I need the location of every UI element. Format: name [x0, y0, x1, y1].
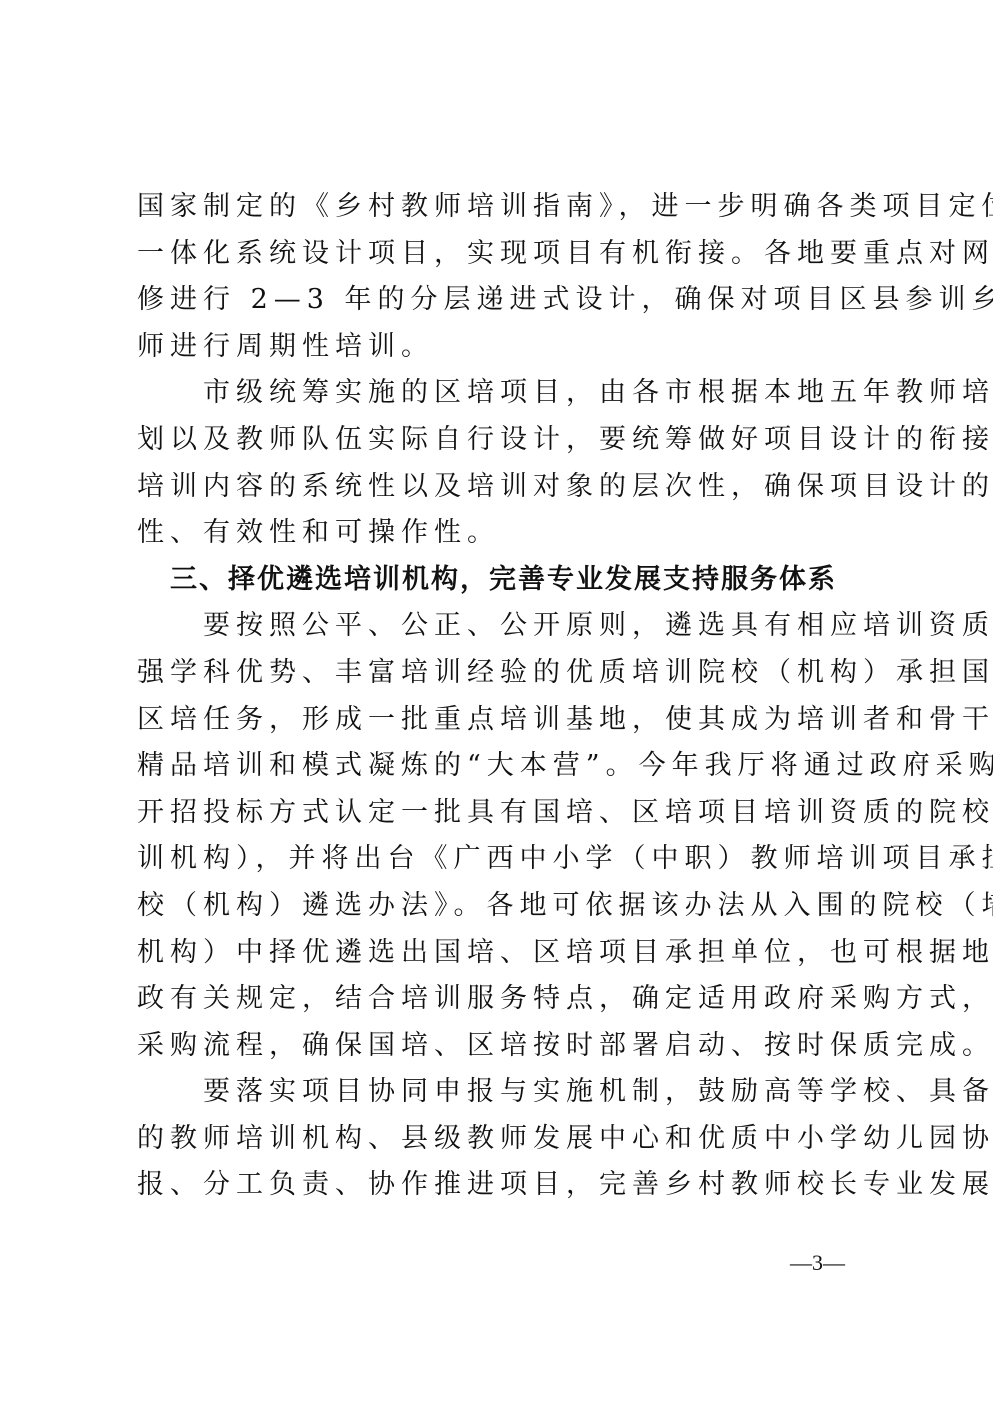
- text-line: 培训内容的系统性以及培训对象的层次性，确保项目设计的科学: [137, 464, 863, 511]
- document-body: 国家制定的《乡村教师培训指南》，进一步明确各类项目定位， 一体化系统设计项目，实…: [137, 184, 863, 1209]
- text-line: 一体化系统设计项目，实现项目有机衔接。各地要重点对网络研: [137, 231, 863, 278]
- text-line: 开招投标方式认定一批具有国培、区培项目培训资质的院校（培: [137, 790, 863, 837]
- text-line: 强学科优势、丰富培训经验的优质培训院校（机构）承担国培、: [137, 650, 863, 697]
- text-line: 校（机构）遴选办法》。各地可依据该办法从入围的院校（培训: [137, 883, 863, 930]
- paragraph-start: 市级统筹实施的区培项目，由各市根据本地五年教师培训规: [137, 370, 863, 417]
- text-line: 划以及教师队伍实际自行设计，要统筹做好项目设计的衔接性、: [137, 417, 863, 464]
- text-line: 师进行周期性培训。: [137, 324, 863, 371]
- text-line: 报、分工负责、协作推进项目，完善乡村教师校长专业发展支持: [137, 1162, 863, 1209]
- text-line: 机构）中择优遴选出国培、区培项目承担单位，也可根据地方财: [137, 930, 863, 977]
- text-line: 修进行 2—3 年的分层递进式设计，确保对项目区县参训乡村教: [137, 277, 863, 324]
- paragraph-start: 要按照公平、公正、公开原则，遴选具有相应培训资质、较: [137, 603, 863, 650]
- text-line: 精品培训和模式凝炼的“大本营”。今年我厅将通过政府采购公: [137, 743, 863, 790]
- text-line: 的教师培训机构、县级教师发展中心和优质中小学幼儿园协同申: [137, 1116, 863, 1163]
- text-line: 采购流程，确保国培、区培按时部署启动、按时保质完成。: [137, 1023, 863, 1070]
- paragraph-start: 要落实项目协同申报与实施机制，鼓励高等学校、具备资质: [137, 1069, 863, 1116]
- text-line: 性、有效性和可操作性。: [137, 510, 863, 557]
- text-line: 区培任务，形成一批重点培训基地，使其成为培训者和骨干教师: [137, 697, 863, 744]
- page-number: —3—: [790, 1250, 845, 1276]
- text-line: 国家制定的《乡村教师培训指南》，进一步明确各类项目定位，: [137, 184, 863, 231]
- section-heading: 三、择优遴选培训机构，完善专业发展支持服务体系: [137, 557, 863, 604]
- text-line: 训机构），并将出台《广西中小学（中职）教师培训项目承担院: [137, 836, 863, 883]
- text-line: 政有关规定，结合培训服务特点，确定适用政府采购方式，优化: [137, 976, 863, 1023]
